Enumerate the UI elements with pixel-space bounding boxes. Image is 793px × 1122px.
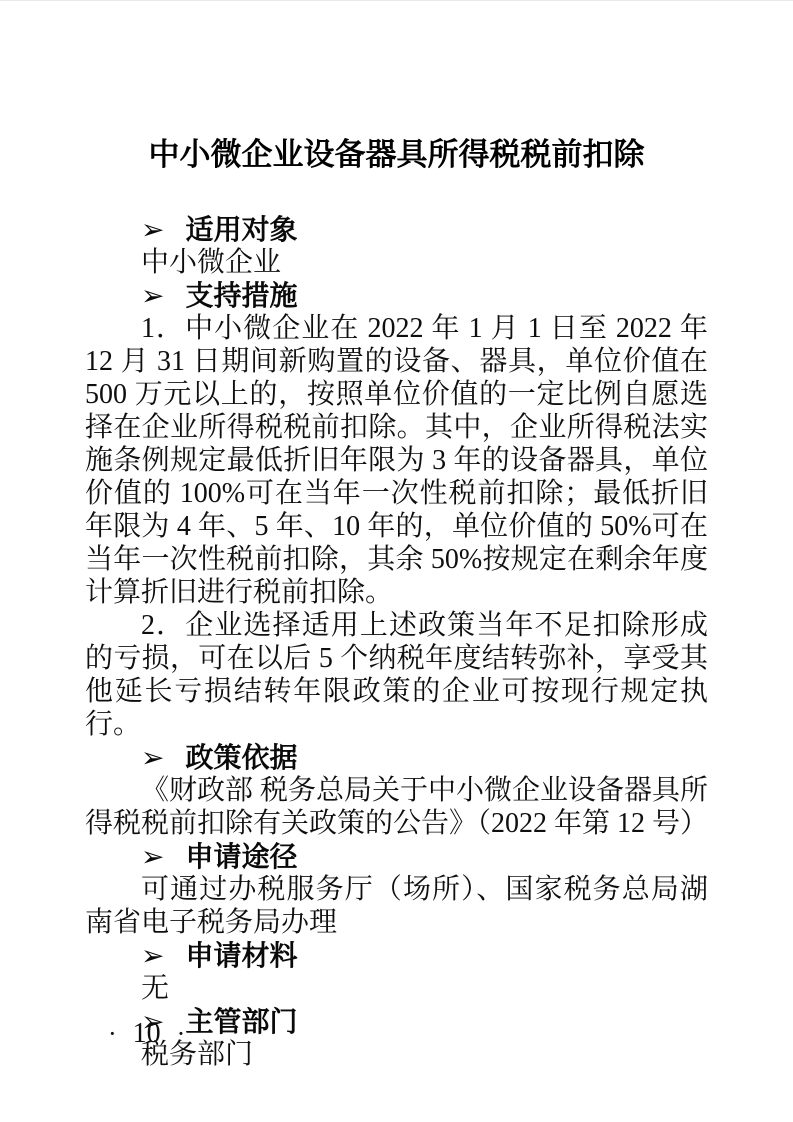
footer-right-dot: · xyxy=(177,1019,186,1048)
section-heading-label: 主管部门 xyxy=(185,1006,297,1037)
section-heading-applicable-target: ➢适用对象 xyxy=(85,213,708,246)
arrowhead-bullet-icon: ➢ xyxy=(141,279,164,312)
section-heading-label: 政策依据 xyxy=(185,742,297,773)
arrowhead-bullet-icon: ➢ xyxy=(141,741,164,774)
arrowhead-bullet-icon: ➢ xyxy=(141,939,164,972)
page-title: 中小微企业设备器具所得税税前扣除 xyxy=(85,136,708,174)
paragraph-application-materials: 无 xyxy=(85,972,708,1005)
section-heading-support-measures: ➢支持措施 xyxy=(85,279,708,312)
document-page: 中小微企业设备器具所得税税前扣除 ➢适用对象 中小微企业 ➢支持措施 1．中小微… xyxy=(0,0,793,1122)
section-heading-application-materials: ➢申请材料 xyxy=(85,939,708,972)
section-heading-policy-basis: ➢政策依据 xyxy=(85,741,708,774)
section-heading-label: 适用对象 xyxy=(185,214,297,245)
paragraph-policy-basis: 《财政部 税务总局关于中小微企业设备器具所得税税前扣除有关政策的公告》（2022… xyxy=(85,774,708,840)
paragraph-support-measure-1: 1．中小微企业在 2022 年 1 月 1 日至 2022 年 12 月 31 … xyxy=(85,312,708,609)
arrowhead-bullet-icon: ➢ xyxy=(141,840,164,873)
section-heading-label: 申请材料 xyxy=(185,940,297,971)
paragraph-application-channel: 可通过办税服务厅（场所）、国家税务总局湖南省电子税务局办理 xyxy=(85,873,708,939)
section-heading-application-channel: ➢申请途径 xyxy=(85,840,708,873)
footer-left-dot: · xyxy=(108,1019,117,1048)
paragraph-support-measure-2: 2．企业选择适用上述政策当年不足扣除形成的亏损，可在以后 5 个纳税年度结转弥补… xyxy=(85,609,708,741)
arrowhead-bullet-icon: ➢ xyxy=(141,213,164,246)
section-heading-label: 申请途径 xyxy=(185,841,297,872)
paragraph-applicable-target: 中小微企业 xyxy=(85,246,708,279)
section-heading-label: 支持措施 xyxy=(185,280,297,311)
footer-page-number: 10 xyxy=(133,1018,161,1049)
page-number: ·10· xyxy=(108,1017,185,1050)
